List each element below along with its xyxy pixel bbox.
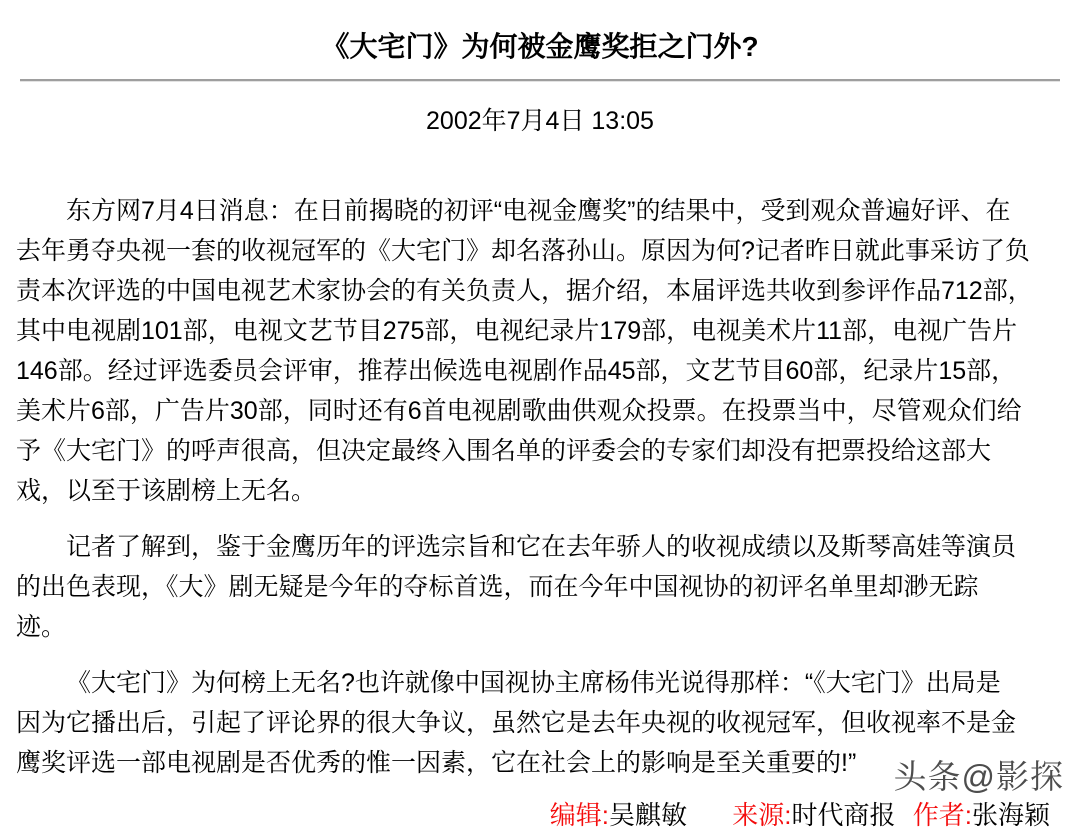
article-date: 2002年7月4日 13:05 — [0, 106, 1080, 137]
editor-name: 吴麒敏 — [609, 800, 687, 829]
article-byline: 编辑:吴麒敏 来源:时代商报 作者:张海颖 — [0, 799, 1080, 829]
article-body: 东方网7月4日消息：在日前揭晓的初评“电视金鹰奖”的结果中，受到观众普遍好评、在… — [0, 191, 1080, 783]
paragraph-2: 记者了解到，鉴于金鹰历年的评选宗旨和它在去年骄人的收视成绩以及斯琴高娃等演员 的… — [16, 527, 1064, 647]
title-divider — [20, 79, 1060, 82]
byline-editor: 编辑:吴麒敏 — [550, 800, 687, 829]
paragraph-3: 《大宅门》为何榜上无名?也许就像中国视协主席杨伟光说得那样：“《大宅门》出局是 … — [16, 663, 1064, 783]
article-title: 《大宅门》为何被金鹰奖拒之门外? — [20, 30, 1060, 64]
editor-label: 编辑: — [550, 800, 609, 829]
byline-author: 作者:张海颖 — [913, 800, 1050, 829]
source-name: 时代商报 — [792, 800, 896, 829]
author-label: 作者: — [913, 800, 972, 829]
byline-source: 来源:时代商报 — [732, 800, 895, 829]
source-label: 来源: — [732, 800, 791, 829]
paragraph-1: 东方网7月4日消息：在日前揭晓的初评“电视金鹰奖”的结果中，受到观众普遍好评、在… — [16, 191, 1064, 511]
author-name: 张海颖 — [972, 800, 1050, 829]
